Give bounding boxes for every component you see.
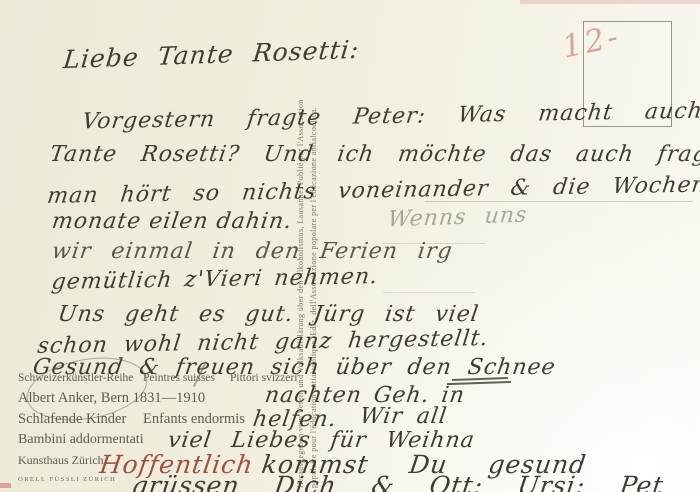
hw-line-5b-faded: Wenns uns [387,205,529,232]
hw-line-3: Tante Rosetti? Und ich möchte das auch f… [48,144,700,166]
hw-line-8: Uns geht es gut. Jürg ist viel [56,304,480,326]
artwork-title-fr: Enfants endormis [143,412,245,427]
hw-line-4: man hört so nichts voneinander & die Woc… [46,174,700,208]
hw-line-2: Vorgestern fragte Peter: Was macht auch [81,101,700,134]
hw-line-7: gemütlich z'Vieri nehmen. [50,266,379,294]
artwork-title-de: Schlafende Kinder [18,412,126,427]
series-title-fr: Peintres suisses [143,373,215,385]
corner-pink-mark [0,483,11,488]
hw-line-5a: monate eilen dahin. [50,211,293,233]
series-title-it: Pittori svizzeri [230,373,297,385]
hw-line-6: wir einmal in den Ferien irg [50,241,454,263]
address-line-3 [383,292,475,293]
hw-line-9: schon wohl nicht ganz hergestellt. [36,328,490,358]
artist-name: Albert Anker, Bern 1831—1910 [18,391,205,406]
hw-line-12b: Wir all [358,406,448,428]
artwork-title-it: Bambini addormentati [18,433,144,447]
postcard-back: 12- Herausgegeben vom Verein und Volksau… [0,0,700,492]
pink-smear [520,0,700,4]
hw-line-13: viel Liebes für Weihna [166,430,476,452]
hw-line-15: grüssen Dich & Ott; Ursi; Pet [130,473,665,492]
series-title-de: Schweizerkünstler-Reihe [18,373,133,385]
museum-name: Kunsthaus Zürich [18,454,104,466]
printer-mark: ORELL FÜSSLI ZÜRICH [18,477,116,484]
